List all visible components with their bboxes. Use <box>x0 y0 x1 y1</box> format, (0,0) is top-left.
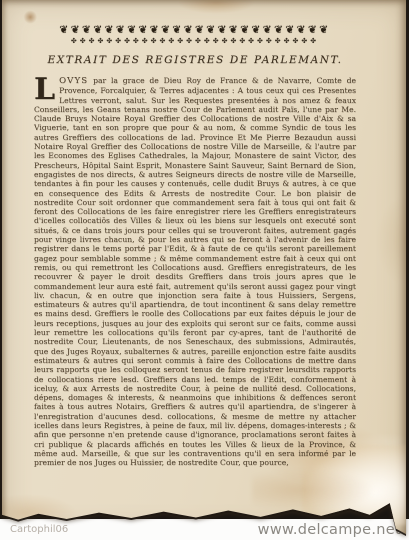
paper-stain <box>252 470 372 510</box>
fleuron-border: ❦❦❦❦❦❦❦❦❦❦❦❦❦❦❦❦❦❦❦❦❦❦❦❦ ✤✤✤✤✤✤✤✤✤✤✤✤✤✤✤… <box>34 24 356 45</box>
scanned-document-page: Cartophil06 www.delcampe.net ❦❦❦❦❦❦❦❦❦❦❦… <box>0 0 409 540</box>
body-paragraph: par la grace de Dieu Roy de France & de … <box>34 76 356 467</box>
fleuron-row-icon: ❦❦❦❦❦❦❦❦❦❦❦❦❦❦❦❦❦❦❦❦❦❦❦❦ <box>34 24 356 36</box>
paper-sheet-wrap: ❦❦❦❦❦❦❦❦❦❦❦❦❦❦❦❦❦❦❦❦❦❦❦❦ ✤✤✤✤✤✤✤✤✤✤✤✤✤✤✤… <box>2 0 406 534</box>
document-title: EXTRAIT DES REGISTRES DE PARLEMANT. <box>34 54 356 66</box>
opening-word: OVYS <box>59 76 88 86</box>
printed-content: ❦❦❦❦❦❦❦❦❦❦❦❦❦❦❦❦❦❦❦❦❦❦❦❦ ✤✤✤✤✤✤✤✤✤✤✤✤✤✤✤… <box>2 0 406 467</box>
document-body-text: LOVYS par la grace de Dieu Roy de France… <box>34 76 356 467</box>
drop-cap: L <box>34 76 59 101</box>
fleuron-row-icon: ✤✤✤✤✤✤✤✤✤✤✤✤✤✤✤✤✤✤✤✤✤✤✤✤✤✤✤✤ <box>34 37 356 45</box>
aged-paper-sheet: ❦❦❦❦❦❦❦❦❦❦❦❦❦❦❦❦❦❦❦❦❦❦❦❦ ✤✤✤✤✤✤✤✤✤✤✤✤✤✤✤… <box>2 0 406 534</box>
